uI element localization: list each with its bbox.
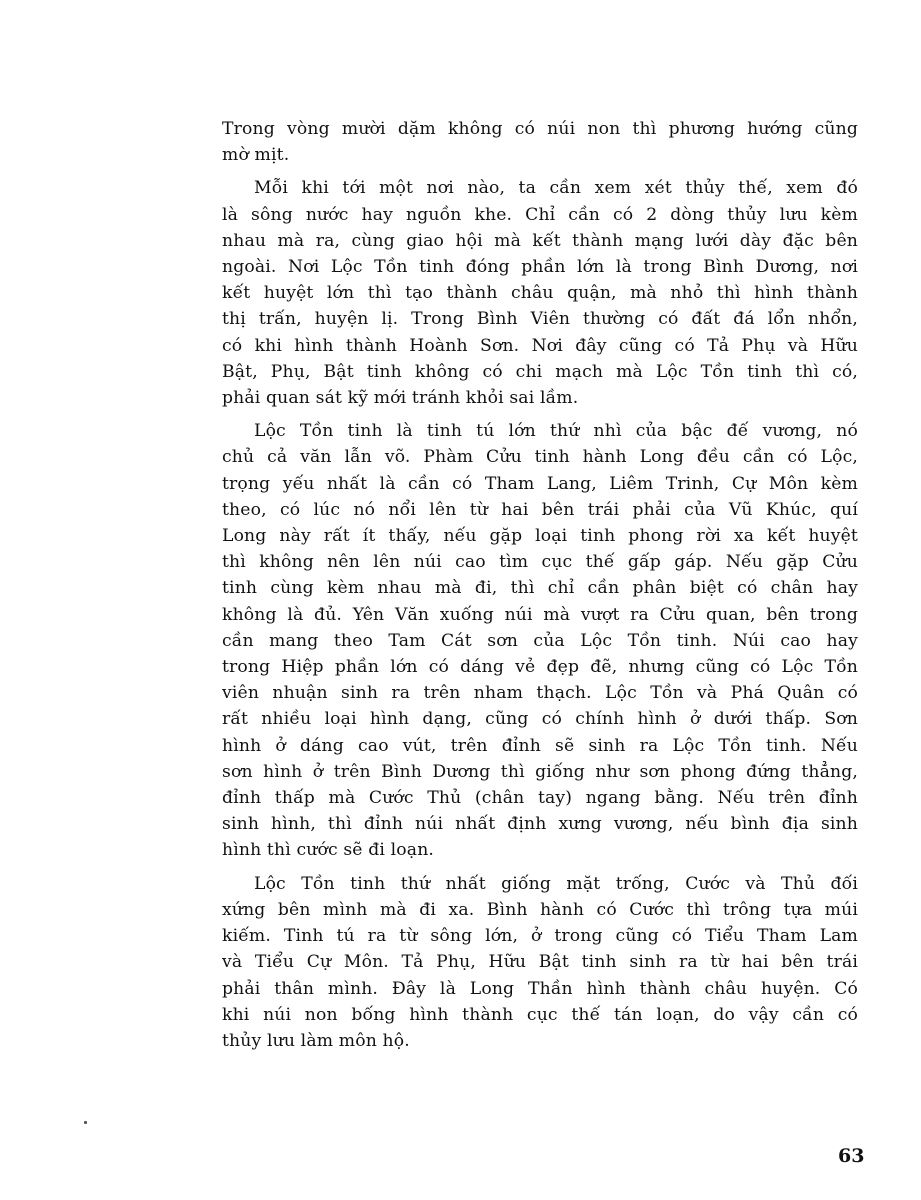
text-line: hình thì cước sẽ đi loạn.	[222, 837, 858, 863]
paragraph-1: Trong vòng mười dặm không có núi non thì…	[222, 116, 858, 168]
text-line: thủy lưu làm môn hộ.	[222, 1028, 858, 1054]
text-line: kết huyệt lớn thì tạo thành châu quận, m…	[222, 280, 858, 306]
text-line: phải quan sát kỹ mới tránh khỏi sai lầm.	[222, 385, 858, 411]
text-line: trong Hiệp phần lớn có dáng vẻ đẹp đẽ, n…	[222, 654, 858, 680]
text-line: viên nhuận sinh ra trên nham thạch. Lộc …	[222, 680, 858, 706]
body-text: Trong vòng mười dặm không có núi non thì…	[222, 116, 858, 1061]
page-number: 63	[838, 1145, 864, 1167]
text-line: nhau mà ra, cùng giao hội mà kết thành m…	[222, 228, 858, 254]
text-line: chủ cả văn lẫn võ. Phàm Cửu tinh hành Lo…	[222, 444, 858, 470]
text-line: theo, có lúc nó nổi lên từ hai bên trái …	[222, 497, 858, 523]
text-line: Trong vòng mười dặm không có núi non thì…	[222, 116, 858, 142]
scan-speck	[84, 1121, 87, 1124]
text-line: có khi hình thành Hoành Sơn. Nơi đây cũn…	[222, 333, 858, 359]
text-line: hình ở dáng cao vút, trên đỉnh sẽ sinh r…	[222, 733, 858, 759]
text-line: sinh hình, thì đỉnh núi nhất định xưng v…	[222, 811, 858, 837]
text-line: Long này rất ít thấy, nếu gặp loại tinh …	[222, 523, 858, 549]
text-line: Bật, Phụ, Bật tinh không có chi mạch mà …	[222, 359, 858, 385]
text-line: phải thân mình. Đây là Long Thần hình th…	[222, 976, 858, 1002]
text-line: Mỗi khi tới một nơi nào, ta cần xem xét …	[222, 175, 858, 201]
text-line: khi núi non bống hình thành cục thế tán …	[222, 1002, 858, 1028]
text-line: cần mang theo Tam Cát sơn của Lộc Tồn ti…	[222, 628, 858, 654]
text-line: sơn hình ở trên Bình Dương thì giống như…	[222, 759, 858, 785]
text-line: đỉnh thấp mà Cước Thủ (chân tay) ngang b…	[222, 785, 858, 811]
text-line: là sông nước hay nguồn khe. Chỉ cần có 2…	[222, 202, 858, 228]
text-line: Lộc Tồn tinh thứ nhất giống mặt trống, C…	[222, 871, 858, 897]
text-line: thị trấn, huyện lị. Trong Bình Viên thườ…	[222, 306, 858, 332]
paragraph-4: Lộc Tồn tinh thứ nhất giống mặt trống, C…	[222, 871, 858, 1054]
text-line: rất nhiều loại hình dạng, cũng có chính …	[222, 706, 858, 732]
paragraph-2: Mỗi khi tới một nơi nào, ta cần xem xét …	[222, 175, 858, 411]
text-line: kiếm. Tinh tú ra từ sông lớn, ở trong cũ…	[222, 923, 858, 949]
paragraph-3: Lộc Tồn tinh là tinh tú lớn thứ nhì của …	[222, 418, 858, 863]
text-line: mờ mịt.	[222, 142, 858, 168]
book-page: Trong vòng mười dặm không có núi non thì…	[0, 0, 921, 1200]
text-line: ngoài. Nơi Lộc Tồn tinh đóng phần lớn là…	[222, 254, 858, 280]
text-line: trọng yếu nhất là cần có Tham Lang, Liêm…	[222, 471, 858, 497]
text-line: xứng bên mình mà đi xa. Bình hành có Cướ…	[222, 897, 858, 923]
text-line: tinh cùng kèm nhau mà đi, thì chỉ cần ph…	[222, 575, 858, 601]
text-line: Lộc Tồn tinh là tinh tú lớn thứ nhì của …	[222, 418, 858, 444]
text-line: và Tiểu Cự Môn. Tả Phụ, Hữu Bật tinh sin…	[222, 949, 858, 975]
text-line: thì không nên lên núi cao tìm cục thế gấ…	[222, 549, 858, 575]
text-line: không là đủ. Yên Văn xuống núi mà vượt r…	[222, 602, 858, 628]
